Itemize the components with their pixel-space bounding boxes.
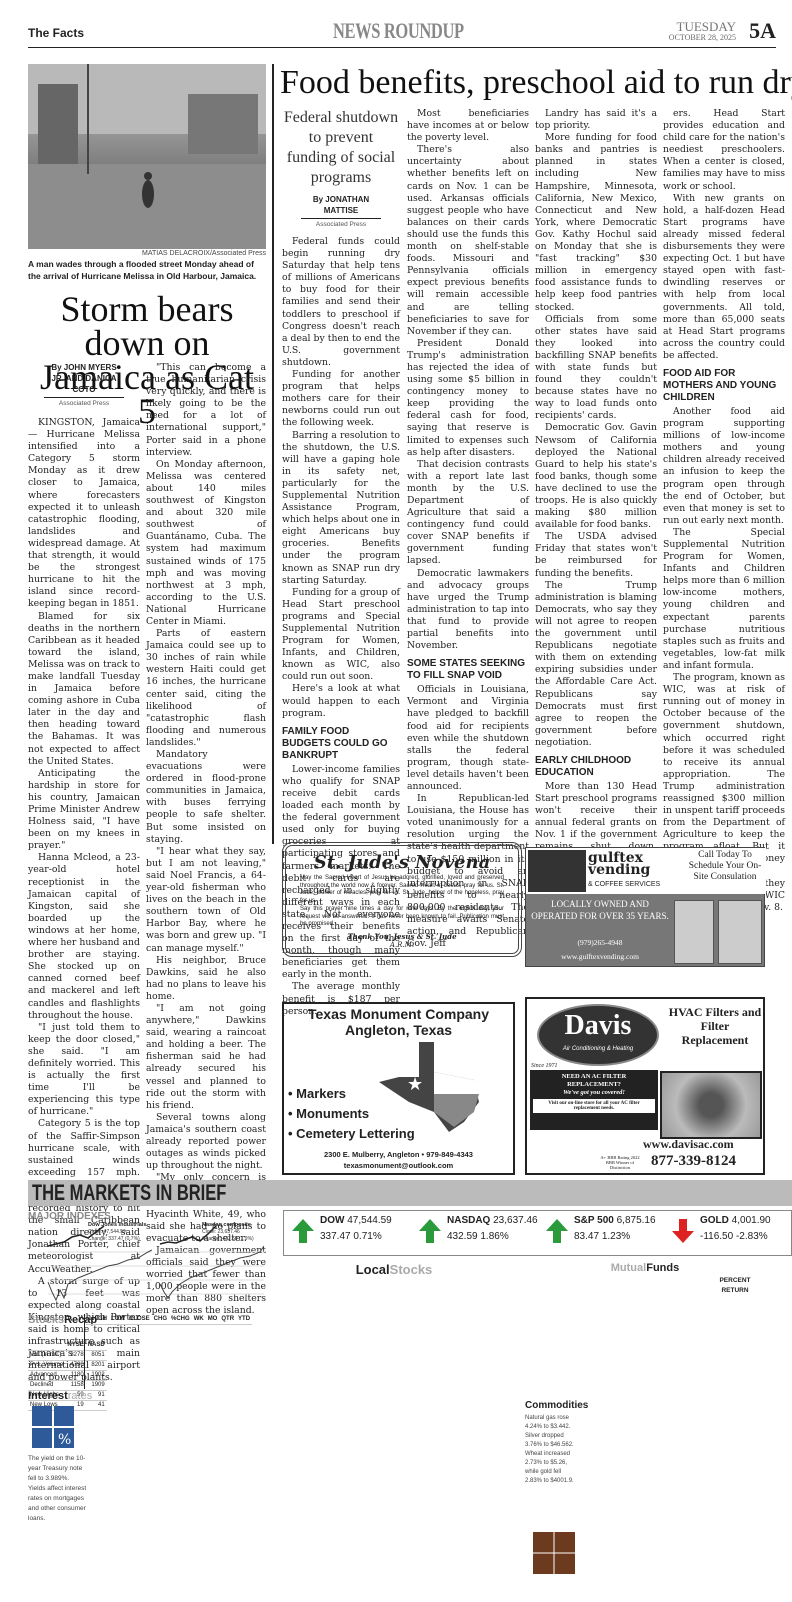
food-subhead-2: SOME STATES SEEKING TO FILL SNAP VOID	[407, 658, 529, 682]
section-title: NEWS ROUNDUP	[333, 18, 464, 44]
up-arrow-icon	[419, 1219, 441, 1243]
paragraph: Parts of eastern Jamaica could see up to…	[146, 628, 266, 749]
recap-index-table: HIGHLOWCLOSECHG%CHGWKMOQTRYTD	[86, 1314, 252, 1325]
paragraph: That decision contrasts with a report la…	[407, 459, 529, 568]
interest-rates-icon: %	[32, 1406, 76, 1450]
food-body-col4: ers. Head Start provides education and c…	[663, 108, 785, 362]
interest-title: Interestrates	[28, 1390, 268, 1402]
paragraph: Democratic lawmakers and advocacy groups…	[407, 568, 529, 653]
monument-title2: Angleton, Texas	[286, 1022, 511, 1038]
paragraph: "I am not going anywhere," Dawkins said,…	[146, 1003, 266, 1112]
gulftex-ad: gulftex vending & COFFEE SERVICES Call T…	[525, 847, 765, 967]
column-divider	[272, 64, 274, 844]
major-indexes-label: MAJOR INDEXES	[28, 1211, 111, 1222]
gulftex-phone: (979)265-4948	[530, 938, 670, 947]
paragraph: Officials in Louisiana, Vermont and Virg…	[407, 684, 529, 793]
svg-text:%: %	[58, 1432, 71, 1448]
storm-col-2: "This can become a true humanitarian cri…	[146, 362, 266, 1317]
storm-byline: By JOHN MYERS JR. AND DÁNICA COTO	[44, 362, 124, 395]
masthead: The Facts NEWS ROUNDUP TUESDAY OCTOBER 2…	[28, 18, 776, 48]
paragraph: Officials from some other states have sa…	[535, 314, 657, 423]
issue-date: TUESDAY OCTOBER 28, 2025	[669, 20, 736, 43]
commodities-icon	[533, 1532, 575, 1574]
nasdaq-chart-change: Change: 432.59 (1.9%)	[202, 1236, 254, 1242]
paragraph: With new grants on hold, a half-dozen He…	[663, 193, 785, 362]
paragraph: Democratic Gov. Gavin Newsom of Californ…	[535, 422, 657, 531]
coffee-cup-icon	[528, 850, 586, 892]
paragraph: Blamed for six deaths in the northern Ca…	[28, 611, 140, 768]
food-body-col4b: Another food aid program supporting mill…	[663, 406, 785, 914]
local-stocks: LocalStocks	[265, 1262, 523, 1277]
paragraph: Mandatory evacuations were ordered in fl…	[146, 749, 266, 846]
commodities-text: Natural gas rose 4.24% to $3.442. Silver…	[525, 1414, 575, 1486]
up-arrow-icon	[292, 1219, 314, 1243]
table-row: Advanced11801902	[28, 1370, 107, 1380]
paragraph: On Monday afternoon, Melissa was centere…	[146, 459, 266, 628]
nasdaq-chart: Nasdaq composite Close: 23,637.46 Change…	[140, 1222, 264, 1302]
interest-text: The yield on the 10-year Treasury note f…	[28, 1454, 88, 1524]
photo-credit: MATIAS DELACROIX/Associated Press	[28, 250, 266, 257]
vending-machine-1	[674, 900, 714, 964]
percent-return-label: PERCENTRETURN	[705, 1276, 765, 1296]
dow-chart-close: Close: 47,544.59	[88, 1229, 126, 1235]
paragraph: Landry has said it's a top priority.	[535, 108, 657, 132]
nasdaq-chart-close: Close: 23,637.46	[202, 1229, 240, 1235]
paragraph: Federal funds could begin running dry Sa…	[282, 236, 400, 369]
novena-p1: May the Sacred Heart of Jesus be adored,…	[300, 875, 504, 905]
paragraph: Anticipating the hardship in store for h…	[28, 768, 140, 853]
monument-title1: Texas Monument Company	[286, 1006, 511, 1022]
dow-chart-title: Dow Jones industrials	[88, 1222, 146, 1228]
markets-title: THE MARKETS IN BRIEF	[32, 1180, 226, 1206]
davis-phone: 877-339-8124	[651, 1153, 736, 1170]
paragraph: Most beneficiaries have incomes at or be…	[407, 108, 529, 144]
davis-url[interactable]: www.davisac.com	[643, 1137, 734, 1152]
mutual-funds-title: MutualFunds	[525, 1262, 765, 1274]
table-row: Vol. (in mil.)32788051	[28, 1350, 107, 1360]
interest-rates: Interestrates % The yield on the 10-year…	[28, 1390, 268, 1530]
paragraph: The Special Supplemental Nutrition Progr…	[663, 527, 785, 672]
commodities-title: Commodities	[525, 1400, 765, 1411]
down-arrow-icon	[672, 1219, 694, 1243]
paragraph: The USDA advised Friday that states won'…	[535, 531, 657, 579]
paragraph: KINGSTON, Jamaica — Hurricane Melissa in…	[28, 417, 140, 611]
monument-ad: Texas Monument Company Angleton, Texas ★…	[282, 1002, 515, 1175]
davis-since: Since 1971	[531, 1063, 558, 1069]
monument-item: • Cemetery Lettering	[288, 1124, 415, 1144]
local-stocks-title: LocalStocks	[265, 1262, 523, 1277]
food-byline: By JONATHAN MATTISE	[301, 194, 381, 216]
novena-title: St. Jude's Novena	[300, 852, 504, 873]
table-row: Declined11581909	[28, 1380, 107, 1390]
food-col-4: ers. Head Start provides education and c…	[663, 108, 785, 914]
stocks-recap: StocksRecap NYSENASDVol. (in mil.)327880…	[28, 1314, 268, 1326]
monument-address: 2300 E. Mulberry, Angleton • 979-849-434…	[284, 1150, 513, 1159]
dow-chart: Dow Jones industrials Close: 47,544.59 C…	[28, 1222, 152, 1302]
table-row: Pvs. Volume47908201	[28, 1360, 107, 1370]
paragraph: Here's a look at what would happen to ea…	[282, 683, 400, 719]
food-body-col2: Most beneficiaries have incomes at or be…	[407, 108, 529, 652]
page-number: 5A	[749, 18, 776, 44]
food-body-col3: Landry has said it's a top priority.More…	[535, 108, 657, 749]
bbb-rating: A+ BBB Rating 2022 BBB Winner of Distinc…	[597, 1155, 643, 1170]
flood-photo	[28, 64, 266, 249]
food-col-2: Most beneficiaries have incomes at or be…	[407, 108, 529, 950]
dow-chart-change: Change: 337.47 (0.7%)	[88, 1236, 140, 1242]
food-org: Associated Press	[301, 218, 381, 228]
monument-email[interactable]: texasmonument@outlook.com	[284, 1161, 513, 1170]
monument-item: • Monuments	[288, 1104, 415, 1124]
paragraph: "I just told them to keep the door close…	[28, 1022, 140, 1119]
food-subhead-3: EARLY CHILDHOOD EDUCATION	[535, 755, 657, 779]
up-arrow-icon	[546, 1219, 568, 1243]
date: OCTOBER 28, 2025	[669, 33, 736, 43]
paragraph: Another food aid program supporting mill…	[663, 406, 785, 527]
gulftex-name2: vending	[588, 864, 650, 877]
novena-ad: St. Jude's Novena May the Sacred Heart o…	[282, 842, 522, 957]
paragraph: More funding for food banks and pantries…	[535, 132, 657, 313]
paragraph: "This can become a true humanitarian cri…	[146, 362, 266, 459]
commodities: Commodities Natural gas rose 4.24% to $3…	[525, 1400, 765, 1486]
paragraph: His neighbor, Bruce Dawkins, said he als…	[146, 955, 266, 1003]
paragraph: ers. Head Start provides education and c…	[663, 108, 785, 193]
ac-vent-photo	[660, 1071, 762, 1139]
index-ticker: DOW 47,544.59 337.47 0.71% NASDAQ 23,637…	[283, 1210, 792, 1256]
mutual-funds: MutualFunds PERCENTRETURN	[525, 1262, 765, 1274]
food-subhead-1: FAMILY FOOD BUDGETS COULD GO BANKRUPT	[282, 726, 400, 762]
davis-headline: HVAC Filters and Filter Replacement	[667, 1005, 763, 1047]
davis-promo-box: NEED AN AC FILTER REPLACEMENT? We've got…	[530, 1070, 658, 1130]
paragraph: Hanna Mcleod, a 23-year-old hotel recept…	[28, 852, 140, 1021]
davis-logo: Davis Air Conditioning & Heating	[537, 1004, 659, 1066]
monument-items: • Markers • Monuments • Cemetery Letteri…	[288, 1084, 415, 1144]
food-col-3: Landry has said it's a top priority.More…	[535, 108, 657, 950]
novena-initials: A.R.M.	[300, 941, 504, 949]
nasdaq-chart-title: Nasdaq composite	[202, 1222, 251, 1228]
paragraph: Several towns along Jamaica's southern c…	[146, 1112, 266, 1172]
paragraph: "I hear what they say, but I am not leav…	[146, 846, 266, 955]
gulftex-cta: Call Today To Schedule Your On-Site Cons…	[686, 850, 764, 883]
food-headline: Food benefits, preschool aid to run dry	[280, 64, 792, 102]
photo-caption: A man wades through a flooded street Mon…	[28, 258, 266, 282]
storm-body-col2: "This can become a true humanitarian cri…	[146, 362, 266, 1317]
gulftex-sub: & COFFEE SERVICES	[588, 881, 660, 888]
monument-item: • Markers	[288, 1084, 415, 1104]
paragraph: Funding for another program that helps m…	[282, 369, 400, 429]
day: TUESDAY	[669, 20, 736, 33]
gulftex-tagline: LOCALLY OWNED AND OPERATED FOR OVER 35 Y…	[530, 898, 670, 922]
gulftex-url[interactable]: www.gulftexvending.com	[530, 952, 670, 961]
logo: The Facts	[28, 26, 84, 40]
paragraph: The Trump administration is blaming Demo…	[535, 580, 657, 749]
paragraph: Funding for a group of Head Start presch…	[282, 587, 400, 684]
paragraph: President Donald Trump's administration …	[407, 338, 529, 459]
vending-machine-2	[718, 900, 762, 964]
food-body-col1: Federal funds could begin running dry Sa…	[282, 236, 400, 720]
davis-ad: Davis Air Conditioning & Heating Since 1…	[525, 997, 765, 1175]
photo-illustration	[28, 64, 266, 249]
paragraph: Barring a resolution to the shutdown, th…	[282, 430, 400, 587]
novena-thanks: Thank You, Jesus & St. Jude	[300, 932, 504, 941]
novena-p2: Say this prayer nine times a day for nin…	[300, 906, 504, 929]
paragraph: There's also uncertainty about whether b…	[407, 144, 529, 338]
storm-org: Associated Press	[44, 397, 124, 407]
food-deck: Federal shutdown to prevent funding of s…	[282, 108, 400, 188]
food-subhead-4: FOOD AID FOR MOTHERS AND YOUNG CHILDREN	[663, 368, 785, 404]
